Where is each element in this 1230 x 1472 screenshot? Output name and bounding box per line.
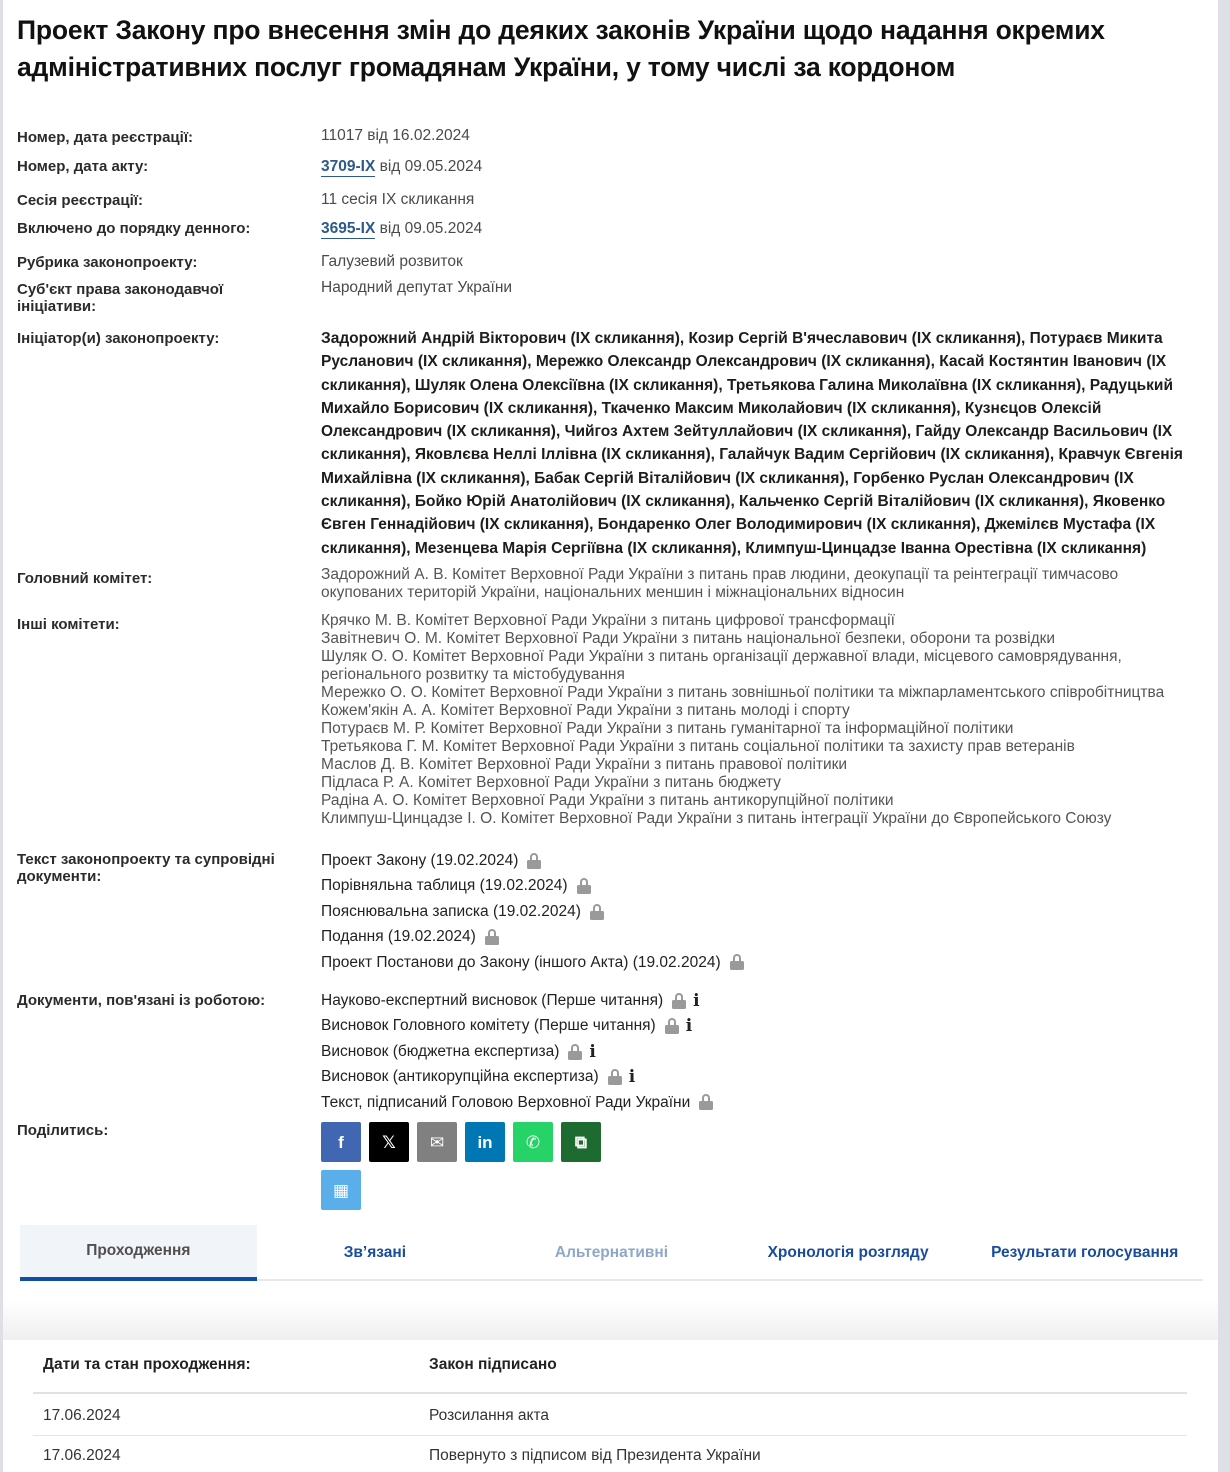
row-act: Номер, дата акту: 3709-IX від 09.05.2024: [17, 154, 1207, 188]
document-item: Науково-експертний висновок (Перше читан…: [321, 988, 1207, 1013]
value-rubric: Галузевий розвиток: [321, 250, 1207, 278]
value-main-committee: Задорожний А. В. Комітет Верховної Ради …: [321, 566, 1207, 612]
share-linkedin-button[interactable]: in: [465, 1122, 505, 1162]
lock-icon: [526, 853, 542, 869]
info-icon[interactable]: i: [686, 1018, 692, 1034]
label-texts: Текст законопроекту та супровідні докуме…: [17, 848, 307, 988]
share-whatsapp-button[interactable]: ✆: [513, 1122, 553, 1162]
document-item: Висновок Головного комітету (Перше читан…: [321, 1013, 1207, 1038]
label-act: Номер, дата акту:: [17, 154, 321, 188]
document-item: Подання (19.02.2024): [321, 924, 1207, 949]
texts-list: Проект Закону (19.02.2024)Порівняльна та…: [321, 848, 1207, 988]
document-link[interactable]: Науково-експертний висновок (Перше читан…: [321, 988, 663, 1013]
info-icon[interactable]: i: [693, 993, 699, 1009]
agenda-date: від 09.05.2024: [380, 220, 483, 237]
value-subject: Народний депутат України: [321, 278, 1207, 326]
document-link[interactable]: Подання (19.02.2024): [321, 924, 476, 949]
tab-2[interactable]: Альтернативні: [493, 1225, 730, 1281]
document-link[interactable]: Проект Закону (19.02.2024): [321, 848, 518, 873]
share-buttons: f𝕏✉in✆⧉▦: [321, 1116, 1207, 1216]
lock-icon: [589, 904, 605, 920]
label-agenda: Включено до порядку денного:: [17, 216, 321, 250]
document-item: Порівняльна таблиця (19.02.2024): [321, 873, 1207, 898]
document-link[interactable]: Висновок (антикорупційна експертиза): [321, 1064, 599, 1089]
label-other-committees: Інші комітети:: [17, 612, 321, 848]
lock-icon: [567, 1044, 583, 1060]
committee-item: Потураєв М. Р. Комітет Верховної Ради Ук…: [321, 720, 1187, 738]
committee-item: Кожем'якін А. А. Комітет Верховної Ради …: [321, 702, 1187, 720]
info-icon[interactable]: i: [589, 1044, 595, 1060]
row-agenda: Включено до порядку денного: 3695-IX від…: [17, 216, 1207, 250]
bill-details: Номер, дата реєстрації: 11017 від 16.02.…: [17, 124, 1207, 1216]
row-rubric: Рубрика законопроекту: Галузевий розвито…: [17, 250, 1207, 278]
lock-icon: [607, 1069, 623, 1085]
row-texts: Текст законопроекту та супровідні докуме…: [17, 848, 1207, 988]
lock-icon: [671, 993, 687, 1009]
document-item: Проект Постанови до Закону (іншого Акта)…: [321, 950, 1207, 975]
row-main-committee: Головний комітет: Задорожний А. В. Коміт…: [17, 566, 1207, 612]
value-session: 11 сесія IX скликання: [321, 188, 1207, 216]
table-row: 17.06.2024Розсилання акта: [33, 1396, 1187, 1436]
share-x-button[interactable]: 𝕏: [369, 1122, 409, 1162]
page-title: Проект Закону про внесення змін до деяки…: [17, 12, 1157, 86]
whatsapp-icon: ✆: [526, 1133, 540, 1152]
info-icon[interactable]: i: [629, 1069, 635, 1085]
committee-item: Крячко М. В. Комітет Верховної Ради Укра…: [321, 612, 1187, 630]
committee-item: Мережко О. О. Комітет Верховної Ради Укр…: [321, 684, 1187, 702]
related-docs-list: Науково-експертний висновок (Перше читан…: [321, 988, 1207, 1116]
email-icon: ✉: [430, 1133, 444, 1152]
row-related-docs: Документи, пов'язані із роботою: Науково…: [17, 988, 1207, 1116]
passage-status: Закон підписано: [429, 1356, 1187, 1392]
document-item: Текст, підписаний Головою Верховної Ради…: [321, 1090, 1207, 1115]
row-subject: Суб'єкт права законодавчої ініціативи: Н…: [17, 278, 1207, 326]
row-date: 17.06.2024: [33, 1447, 429, 1465]
label-main-committee: Головний комітет:: [17, 566, 321, 612]
other-committees-list: Крячко М. В. Комітет Верховної Ради Укра…: [321, 612, 1207, 848]
document-link[interactable]: Висновок (бюджетна експертиза): [321, 1039, 559, 1064]
passage-header: Дати та стан проходження: Закон підписан…: [33, 1356, 1187, 1394]
row-event: Розсилання акта: [429, 1407, 1187, 1425]
row-date: 17.06.2024: [33, 1407, 429, 1425]
document-item: Висновок (бюджетна експертиза)i: [321, 1039, 1207, 1064]
share-copy-button[interactable]: ⧉: [561, 1122, 601, 1162]
lock-icon: [664, 1018, 680, 1034]
tab-3[interactable]: Хронологія розгляду: [730, 1225, 967, 1281]
lock-icon: [698, 1094, 714, 1110]
row-share: Поділитись: f𝕏✉in✆⧉▦: [17, 1116, 1207, 1216]
value-registration: 11017 від 16.02.2024: [321, 124, 1207, 154]
tab-bar: ПроходженняЗв’язаніАльтернативніХронолог…: [20, 1225, 1203, 1281]
committee-item: Третьякова Г. М. Комітет Верховної Ради …: [321, 738, 1187, 756]
row-session: Сесія реєстрації: 11 сесія IX скликання: [17, 188, 1207, 216]
linkedin-icon: in: [477, 1133, 492, 1152]
lock-icon: [576, 878, 592, 894]
document-link[interactable]: Порівняльна таблиця (19.02.2024): [321, 873, 568, 898]
passage-header-label: Дати та стан проходження:: [33, 1356, 429, 1392]
share-facebook-button[interactable]: f: [321, 1122, 361, 1162]
committee-item: Підласа Р. А. Комітет Верховної Ради Укр…: [321, 774, 1187, 792]
committee-item: Климпуш-Цинцадзе І. О. Комітет Верховної…: [321, 810, 1187, 828]
section-divider: [3, 1300, 1218, 1340]
share-qr-button[interactable]: ▦: [321, 1170, 361, 1210]
row-event: Повернуто з підписом від Президента Укра…: [429, 1447, 1187, 1465]
document-item: Проект Закону (19.02.2024): [321, 848, 1207, 873]
lock-icon: [484, 929, 500, 945]
label-initiators: Ініціатор(и) законопроекту:: [17, 326, 321, 566]
agenda-number-link[interactable]: 3695-IX: [321, 220, 375, 239]
committee-item: Радіна А. О. Комітет Верховної Ради Укра…: [321, 792, 1187, 810]
x-icon: 𝕏: [382, 1133, 396, 1152]
label-subject: Суб'єкт права законодавчої ініціативи:: [17, 278, 247, 326]
row-other-committees: Інші комітети: Крячко М. В. Комітет Верх…: [17, 612, 1207, 848]
label-registration: Номер, дата реєстрації:: [17, 124, 321, 154]
label-share: Поділитись:: [17, 1116, 321, 1216]
committee-item: Завітневич О. М. Комітет Верховної Ради …: [321, 630, 1187, 648]
row-initiators: Ініціатор(и) законопроекту: Задорожний А…: [17, 326, 1207, 566]
share-email-button[interactable]: ✉: [417, 1122, 457, 1162]
label-session: Сесія реєстрації:: [17, 188, 321, 216]
tab-4[interactable]: Результати голосування: [966, 1225, 1203, 1281]
document-item: Висновок (антикорупційна експертиза)i: [321, 1064, 1207, 1089]
table-row: 17.06.2024Повернуто з підписом від Прези…: [33, 1436, 1187, 1472]
document-link[interactable]: Текст, підписаний Головою Верховної Ради…: [321, 1090, 690, 1115]
label-related-docs: Документи, пов'язані із роботою:: [17, 988, 321, 1116]
value-initiators: Задорожний Андрій Вікторович (IX скликан…: [321, 326, 1207, 566]
act-number-link[interactable]: 3709-IX: [321, 158, 375, 177]
document-item: Пояснювальна записка (19.02.2024): [321, 899, 1207, 924]
lock-icon: [729, 954, 745, 970]
act-date: від 09.05.2024: [380, 158, 483, 175]
facebook-icon: f: [338, 1133, 344, 1152]
document-link[interactable]: Пояснювальна записка (19.02.2024): [321, 899, 581, 924]
tab-0[interactable]: Проходження: [20, 1225, 257, 1281]
row-registration: Номер, дата реєстрації: 11017 від 16.02.…: [17, 124, 1207, 154]
value-agenda: 3695-IX від 09.05.2024: [321, 216, 1207, 250]
committee-item: Маслов Д. В. Комітет Верховної Ради Укра…: [321, 756, 1187, 774]
tab-1[interactable]: Зв’язані: [257, 1225, 494, 1281]
passage-card: Дати та стан проходження: Закон підписан…: [18, 1340, 1205, 1472]
copy-icon: ⧉: [575, 1133, 587, 1152]
value-act: 3709-IX від 09.05.2024: [321, 154, 1207, 188]
committee-item: Шуляк О. О. Комітет Верховної Ради Украї…: [321, 648, 1187, 684]
page: Проект Закону про внесення змін до деяки…: [3, 0, 1218, 1472]
label-rubric: Рубрика законопроекту:: [17, 250, 321, 278]
qr-icon: ▦: [333, 1181, 349, 1200]
document-link[interactable]: Проект Постанови до Закону (іншого Акта)…: [321, 950, 721, 975]
document-link[interactable]: Висновок Головного комітету (Перше читан…: [321, 1013, 656, 1038]
